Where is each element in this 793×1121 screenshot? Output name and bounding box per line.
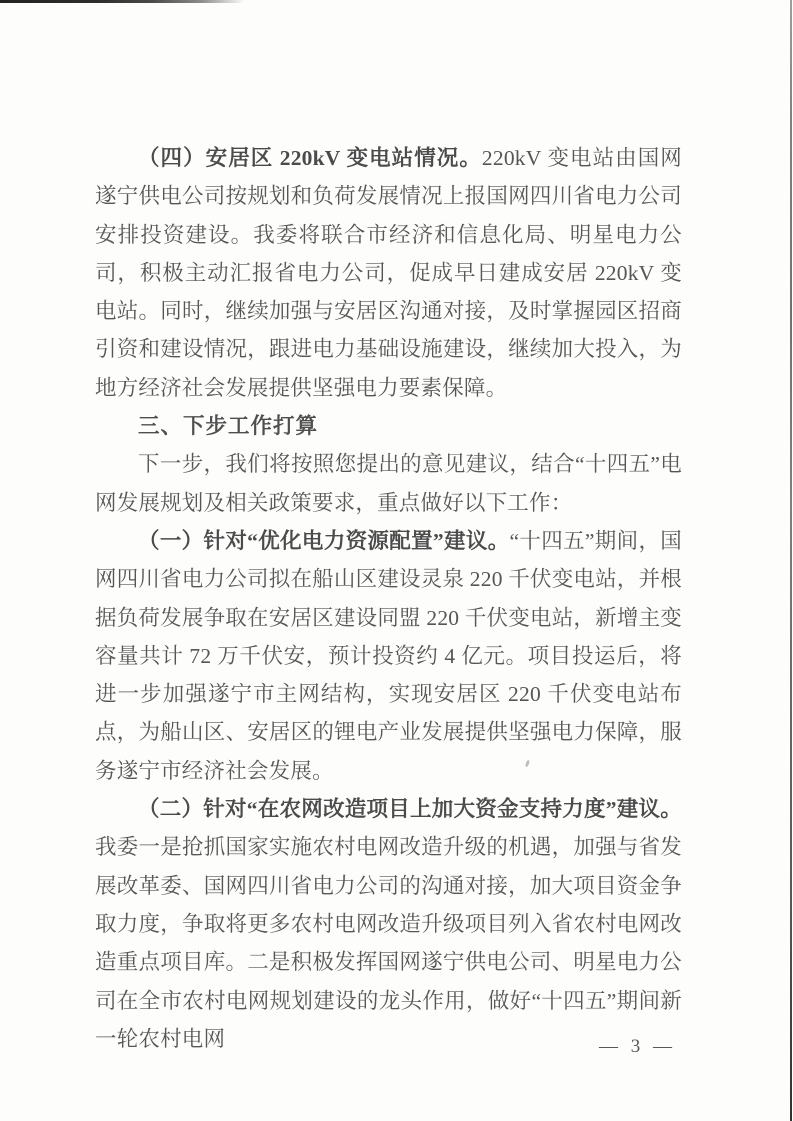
scan-artifact-right-edge [790,0,792,1121]
paragraph-next-steps-intro: 下一步，我们将按照您提出的意见建议，结合“十四五”电网发展规划及相关政策要求，重… [95,445,682,522]
paragraph-substation-status: （四）安居区 220kV 变电站情况。220kV 变电站由国网遂宁供电公司按规划… [95,139,682,407]
page-number: — 3 — [599,1036,676,1058]
paragraph-text-suggestion-two: 我委一是抢抓国家实施农村电网改造升级的机遇，加强与省发展改革委、国网四川省电力公… [95,835,682,1050]
paragraph-text-next-steps-intro: 下一步，我们将按照您提出的意见建议，结合“十四五”电网发展规划及相关政策要求，重… [95,452,682,514]
paragraph-text-substation-status: 220kV 变电站由国网遂宁供电公司按规划和负荷发展情况上报国网四川省电力公司安… [95,146,682,400]
paragraph-text-suggestion-one: “十四五”期间，国网四川省电力公司拟在船山区建设灵泉 220 千伏变电站，并根据… [95,529,682,783]
paragraph-lead-suggestion-one: （一）针对“优化电力资源配置”建议。 [138,529,510,553]
paragraph-suggestion-two: （二）针对“在农网改造项目上加大资金支持力度”建议。我委一是抢抓国家实施农村电网… [95,790,682,1058]
document-body: （四）安居区 220kV 变电站情况。220kV 变电站由国网遂宁供电公司按规划… [95,139,682,1058]
paragraph-suggestion-one: （一）针对“优化电力资源配置”建议。“十四五”期间，国网四川省电力公司拟在船山区… [95,522,682,790]
scanned-document-page: （四）安居区 220kV 变电站情况。220kV 变电站由国网遂宁供电公司按规划… [0,0,793,1121]
paragraph-lead-substation-status: （四）安居区 220kV 变电站情况。 [138,146,482,170]
paragraph-lead-suggestion-two: （二）针对“在农网改造项目上加大资金支持力度”建议。 [138,797,682,821]
scan-artifact-top-edge [0,0,245,3]
section-heading-next-steps: 三、下步工作打算 [95,407,682,445]
